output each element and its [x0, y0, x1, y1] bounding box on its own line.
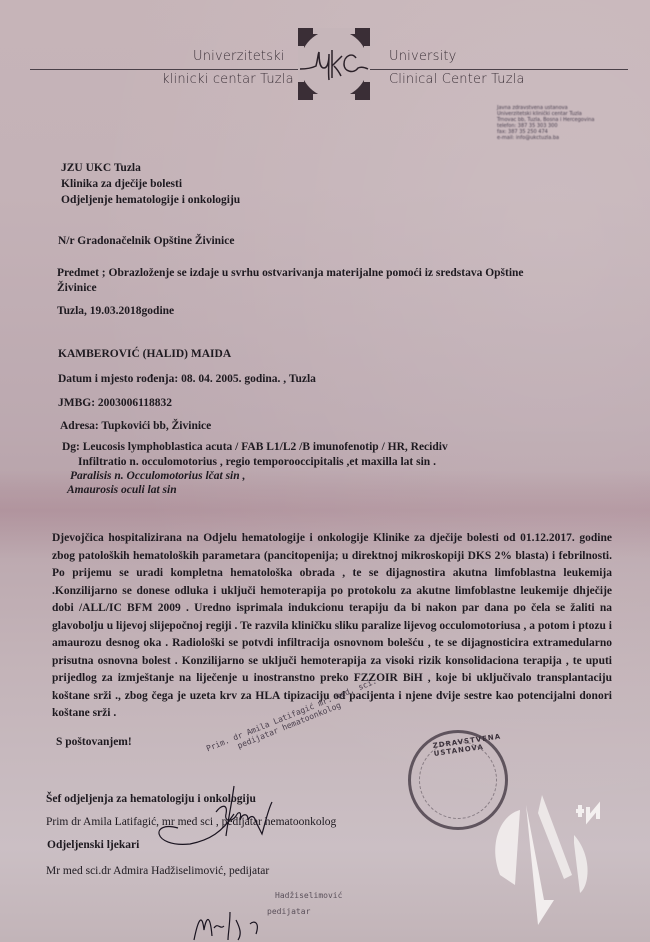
doctors-title: Odjeljenski ljekari	[47, 838, 139, 853]
doctor-name: Mr med sci.dr Admira Hadžiselimović, ped…	[46, 864, 269, 879]
sender-clinic: Klinika za dječije bolesti	[61, 177, 182, 192]
diagnosis-line2: Infiltratio n. occulomotorius , regio te…	[78, 455, 436, 470]
doctor2-stamp-line2: pedijatar	[235, 904, 342, 920]
date-place: Tuzla, 19.03.2018godine	[57, 304, 174, 319]
head-name: Prim dr Amila Latifagić, mr med sci , pe…	[46, 815, 336, 830]
address-block: Javna zdravstvena ustanova Univerzitetsk…	[497, 105, 627, 141]
patient-name: KAMBEROVIĆ (HALID) MAIDA	[58, 347, 231, 362]
letterhead-right-line2: Clinical Center Tuzla	[389, 72, 525, 87]
patient-address: Adresa: Tupkovići bb, Živinice	[60, 419, 211, 434]
closing: S poštovanjem!	[56, 735, 132, 750]
letterhead-left-line1: Univerzitetski	[193, 49, 285, 64]
diagnosis-line4: Amaurosis oculi lat sin	[67, 483, 177, 498]
patient-jmbg: JMBG: 2003006118832	[58, 396, 172, 411]
tv-watermark-logo-icon	[480, 775, 610, 935]
doctor2-stamp: Hadžiselimović pedijatar	[235, 888, 342, 920]
subject-line1: Predmet ; Obrazloženje se izdaje u svrhu…	[57, 266, 524, 281]
ukc-logo-icon	[298, 28, 370, 100]
diagnosis-line1: Dg: Leucosis lymphoblastica acuta / FAB …	[62, 440, 448, 455]
letterhead-right-line1: University	[389, 49, 457, 64]
sender-department: Odjeljenje hematologije i onkologiju	[61, 193, 240, 208]
address-line: e-mail: info@ukctuzla.ba	[497, 135, 627, 141]
patient-birth: Datum i mjesto rođenja: 08. 04. 2005. go…	[58, 372, 316, 387]
diagnosis-line3: Paralisis n. Occulomotorius lčat sin ,	[70, 469, 245, 484]
subject-line2: Živinice	[57, 281, 97, 296]
doctor2-stamp-line1: Hadžiselimović	[235, 888, 342, 904]
sender-institution: JZU UKC Tuzla	[61, 161, 141, 176]
letterhead-left-line2: klinicki centar Tuzla	[162, 72, 294, 87]
recipient: N/r Gradonačelnik Opštine Živinice	[58, 234, 234, 249]
head-title: Šef odjeljenja za hematologiju i onkolog…	[46, 792, 256, 807]
